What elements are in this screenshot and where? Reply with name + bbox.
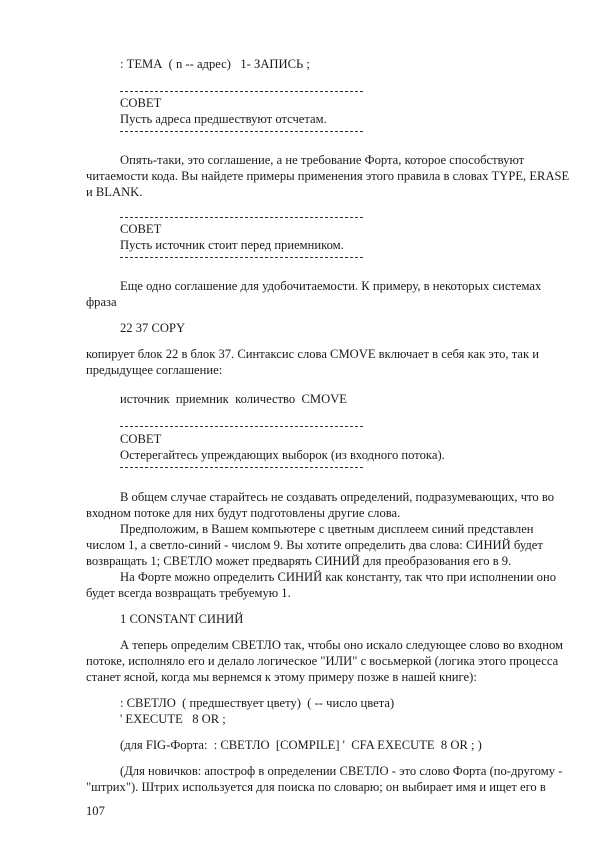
code-svetlo: ' EXECUTE 8 OR ;: [120, 711, 226, 727]
paragraph-line: фраза: [86, 294, 117, 310]
tip-title: СОВЕТ: [120, 95, 161, 111]
tip-divider: [120, 426, 363, 427]
paragraph-line: "штрих"). Штрих используется для поиска …: [86, 779, 546, 795]
tip-text: Остерегайтесь упреждающих выборок (из вх…: [120, 447, 445, 463]
tip-divider: [120, 131, 363, 132]
code-fig: (для FIG-Форта: : СВЕТЛО [COMPILE] ' CFA…: [120, 737, 482, 753]
tip-text: Пусть адреса предшествуют отсчетам.: [120, 111, 327, 127]
paragraph-line: В общем случае старайтесь не создавать о…: [120, 489, 554, 505]
tip-divider: [120, 257, 363, 258]
paragraph-line: читаемости кода. Вы найдете примеры прим…: [86, 168, 569, 184]
code-copy: 22 37 COPY: [120, 320, 185, 336]
tip-divider: [120, 91, 363, 92]
tip-title: СОВЕТ: [120, 221, 161, 237]
tip-divider: [120, 217, 363, 218]
paragraph-line: копирует блок 22 в блок 37. Синтаксис сл…: [86, 346, 539, 362]
paragraph-line: На Форте можно определить СИНИЙ как конс…: [120, 569, 556, 585]
code-svetlo: : СВЕТЛО ( предшествует цвету) ( -- числ…: [120, 695, 394, 711]
paragraph-line: числом 1, а светло-синий - числом 9. Вы …: [86, 537, 543, 553]
paragraph-line: будет всегда возвращать требуемую 1.: [86, 585, 291, 601]
paragraph-line: входном потоке для них будут подготовлен…: [86, 505, 400, 521]
paragraph-line: и BLANK.: [86, 184, 142, 200]
page-number: 107: [86, 803, 105, 819]
paragraph-line: Предположим, в Вашем компьютере с цветны…: [120, 521, 534, 537]
code-tema: : ТЕМА ( n -- адрес) 1- ЗАПИСЬ ;: [120, 56, 310, 72]
paragraph-line: А теперь определим СВЕТЛО так, чтобы оно…: [120, 637, 563, 653]
paragraph-line: станет ясной, когда мы вернемся к этому …: [86, 669, 477, 685]
code-constant: 1 CONSTANT СИНИЙ: [120, 611, 243, 627]
tip-text: Пусть источник стоит перед приемником.: [120, 237, 344, 253]
code-cmove: источник приемник количество CMOVE: [120, 391, 347, 407]
paragraph-line: Еще одно соглашение для удобочитаемости.…: [120, 278, 541, 294]
paragraph-line: возвращать 1; СВЕТЛО может предварять СИ…: [86, 553, 511, 569]
tip-title: СОВЕТ: [120, 431, 161, 447]
paragraph-line: (Для новичков: апостроф в определении СВ…: [120, 763, 562, 779]
paragraph-line: Опять-таки, это соглашение, а не требова…: [120, 152, 524, 168]
paragraph-line: потоке, исполняло его и делало логическо…: [86, 653, 558, 669]
tip-divider: [120, 467, 363, 468]
paragraph-line: предыдущее соглашение:: [86, 362, 222, 378]
